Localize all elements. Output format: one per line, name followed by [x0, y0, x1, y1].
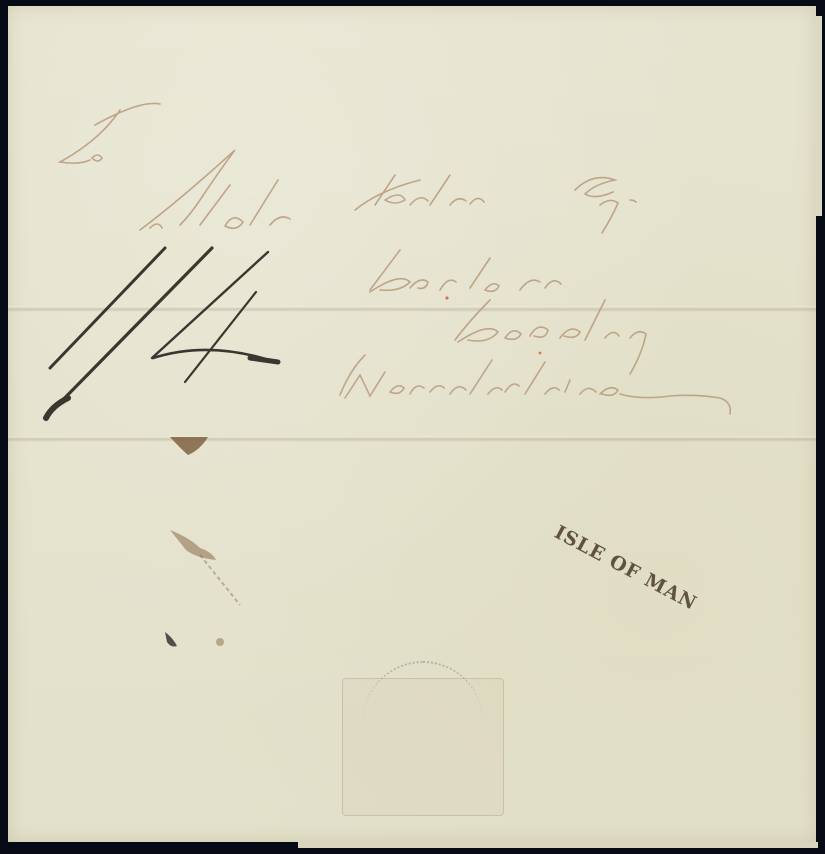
- address-script: [60, 103, 730, 414]
- ink-stains: [165, 437, 240, 647]
- postage-rate-marking: [46, 248, 278, 418]
- ink-markings: [0, 0, 825, 854]
